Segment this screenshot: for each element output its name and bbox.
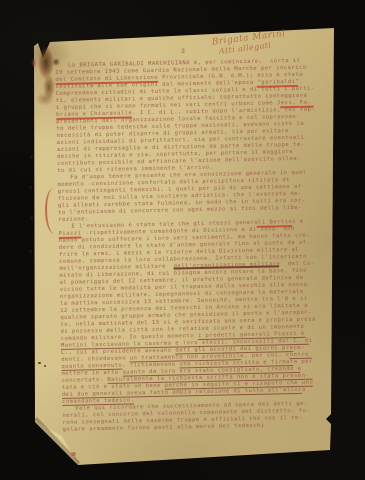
edge-speck: [44, 365, 46, 367]
edge-speck: [30, 155, 33, 159]
fold-red-mark: [71, 452, 76, 456]
edge-speck: [29, 186, 32, 189]
edge-speck: [38, 362, 41, 364]
rust-stain: [36, 92, 54, 106]
typewritten-text: La BRIGATA GARIBALDI MARCHIGIANA è, per …: [55, 57, 338, 434]
edge-speck: [30, 216, 33, 220]
page-number: 3: [181, 48, 185, 55]
scan-background: 3 Brigata Marini Atti allegati La BRIGAT…: [0, 0, 365, 480]
edge-speck: [29, 250, 32, 253]
red-mark: [31, 58, 37, 68]
